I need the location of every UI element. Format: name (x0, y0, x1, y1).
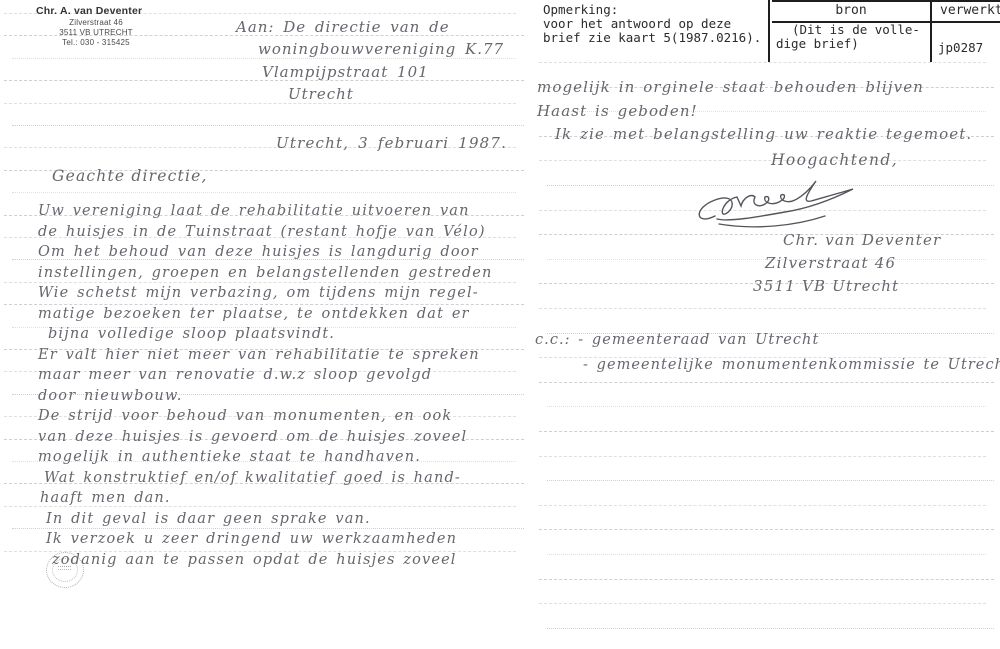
text-line: 3511 VB Utrecht (753, 275, 941, 298)
letterhead-city: 3511 VB UTRECHT (36, 28, 156, 37)
ruled-line (547, 554, 986, 555)
text-line: - gemeentelijke monumentenkommissie te U… (535, 353, 1000, 378)
text-line: maar meer van renovatie d.w.z sloop gevo… (38, 365, 492, 386)
archive-note-label: Opmerking: (543, 3, 761, 17)
recipient-block: Aan: De directie van dewoningbouwverenig… (236, 16, 504, 106)
text-line: mogelijk in orginele staat behouden blij… (537, 76, 972, 100)
text-line: de huisjes in de Tuinstraat (restant hof… (38, 222, 492, 243)
text-line: Ik zie met belangstelling uw reaktie teg… (537, 123, 972, 147)
ruled-line (547, 628, 994, 629)
letterhead: Chr. A. van Deventer Zilverstraat 46 351… (36, 5, 156, 47)
text-line: instellingen, groepen en belangstellende… (38, 263, 492, 284)
text-line: Zilverstraat 46 (753, 252, 941, 275)
text-line: Vlampijpstraat 101 (236, 61, 504, 83)
text-line: Uw vereniging laat de rehabilitatie uitv… (38, 201, 492, 222)
letterhead-name: Chr. A. van Deventer (36, 5, 156, 17)
text-line: Er valt hier niet meer van rehabilitatie… (38, 345, 492, 366)
closing-salutation: Hoogachtend, (771, 151, 898, 169)
scanned-letter: Chr. A. van Deventer Zilverstraat 46 351… (0, 0, 1000, 649)
ruled-line (539, 382, 994, 383)
text-line: Wat konstruktief en/of kwalitatief goed … (38, 468, 492, 489)
text-line: In dit geval is daar geen sprake van. (38, 509, 492, 530)
ruled-line (539, 308, 986, 309)
ruled-line (12, 192, 516, 193)
ruled-line (539, 603, 986, 604)
text-line: zodanig aan te passen opdat de huisjes z… (38, 550, 492, 571)
text-line: matige bezoeken ter plaatse, te ontdekke… (38, 304, 492, 325)
text-line: dige brief) (776, 37, 920, 51)
dateline: Utrecht, 3 februari 1987. (276, 134, 507, 152)
archive-table-verwerkt-value: jp0287 (938, 40, 983, 55)
salutation: Geachte directie, (52, 167, 208, 185)
text-line: c.c.: - gemeenteraad van Utrecht (535, 328, 1000, 353)
text-line: Chr. van Deventer (753, 229, 941, 252)
archive-table-header-verwerkt: verwerkt (932, 0, 1000, 23)
ruled-line (539, 579, 994, 580)
text-line: voor het antwoord op deze (543, 17, 761, 31)
text-line: bijna volledige sloop plaatsvindt. (38, 324, 492, 345)
ruled-line (539, 62, 986, 63)
text-line: mogelijk in authentieke staat te handhav… (38, 447, 492, 468)
text-line: Wie schetst mijn verbazing, om tijdens m… (38, 283, 492, 304)
text-line: Ik verzoek u zeer dringend uw werkzaamhe… (38, 529, 492, 550)
text-line: woningbouwvereniging K.77 (236, 38, 504, 60)
letter-page-1: Chr. A. van Deventer Zilverstraat 46 351… (0, 0, 530, 649)
letter-body-page1: Uw vereniging laat de rehabilitatie uitv… (38, 201, 492, 570)
letterhead-phone: Tel.: 030 - 315425 (36, 38, 156, 47)
signature-scrawl (685, 176, 900, 234)
ruled-line (539, 529, 994, 530)
text-line: van deze huisjes is gevoerd om de huisje… (38, 427, 492, 448)
ruled-line (539, 505, 986, 506)
text-line: (Dit is de volle- (776, 23, 920, 37)
archive-note: Opmerking: voor het antwoord op dezebrie… (543, 3, 761, 44)
text-line: Aan: De directie van de (236, 16, 504, 38)
ruled-line (539, 160, 986, 161)
ruled-line (547, 406, 986, 407)
archive-table-bron-value: (Dit is de volle-dige brief) (776, 23, 920, 51)
letter-body-page2: mogelijk in orginele staat behouden blij… (537, 76, 972, 147)
text-line: Utrecht (236, 83, 504, 105)
text-line: haaft men dan. (38, 488, 492, 509)
sender-block: Chr. van DeventerZilverstraat 463511 VB … (753, 229, 941, 298)
archive-note-lines: voor het antwoord op dezebrief zie kaart… (543, 17, 761, 45)
ruled-line (547, 480, 994, 481)
letter-page-2: Opmerking: voor het antwoord op dezebrie… (535, 0, 1000, 649)
text-line: door nieuwbouw. (38, 386, 492, 407)
cc-block: c.c.: - gemeenteraad van Utrecht- gemeen… (535, 328, 1000, 377)
text-line: Haast is geboden! (537, 100, 972, 124)
archive-table: bron verwerkt (Dit is de volle-dige brie… (768, 0, 1000, 62)
embossed-seal (46, 552, 84, 588)
text-line: De strijd voor behoud van monumenten, en… (38, 406, 492, 427)
ruled-line (539, 431, 994, 432)
ruled-line (12, 125, 524, 126)
text-line: brief zie kaart 5(1987.0216). (543, 31, 761, 45)
archive-table-header-bron: bron (772, 0, 930, 23)
text-line: Om het behoud van deze huisjes is langdu… (38, 242, 492, 263)
letterhead-street: Zilverstraat 46 (36, 18, 156, 27)
ruled-line (539, 456, 986, 457)
